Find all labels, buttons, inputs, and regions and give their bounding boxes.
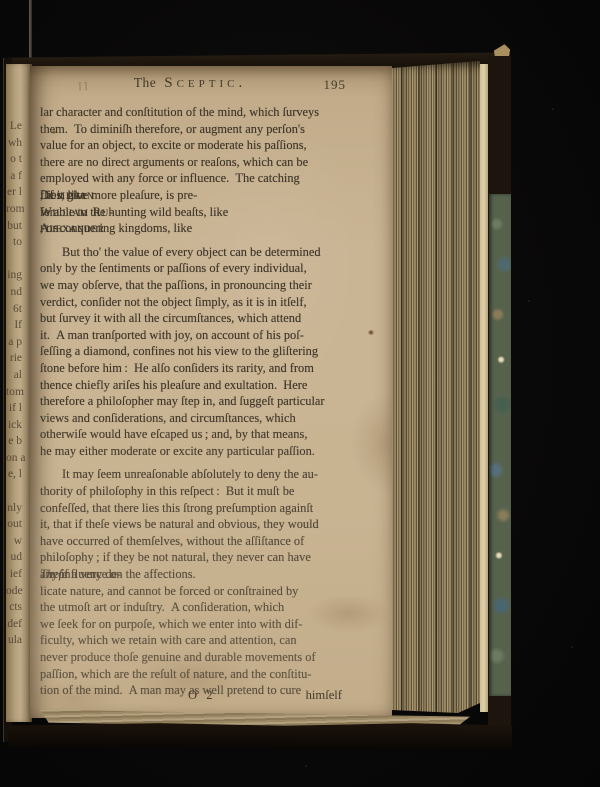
facing-page-text-fragments: Lewho ta fer lrombutto ingnd6tIfa prieal… — [6, 118, 26, 649]
text-segment: ſtone before him : He alſo conſiders its… — [40, 360, 314, 377]
text-segment: the utmoſt art or induſtry. A conſiderat… — [40, 599, 284, 616]
text-segment: therefore a philoſopher may ſtep in, and… — [40, 393, 325, 410]
facing-page-edge: Lewho ta fer lrombutto ingnd6tIfa prieal… — [6, 64, 32, 722]
paragraph: lar character and conſtitution of the mi… — [40, 104, 372, 237]
edge-text-fragment: rom — [6, 201, 22, 218]
catchword: himſelf — [306, 688, 342, 703]
text-line: ſeſſing a diamond, confines not his view… — [40, 343, 372, 360]
text-line: paſſion, which are the reſult of nature,… — [40, 666, 372, 683]
text-line: any influence on the affections. Theſe a… — [40, 566, 372, 583]
text-segment: , if it give more pleaſure, is pre- — [40, 187, 197, 204]
text-line: confeſſed, that there lies this ſtrong p… — [40, 500, 372, 517]
edge-text-fragment: a p — [6, 334, 22, 351]
text-line: verdict, conſider not the object ſimply,… — [40, 294, 372, 311]
text-line: ferable to the hunting wild beaſts, like… — [40, 204, 372, 221]
cradle-wire — [29, 0, 32, 66]
text-line: thence chiefly ariſes his pleaſure and e… — [40, 377, 372, 394]
edge-text-fragment: ief — [6, 566, 22, 583]
text-line: it, that if theſe views be natural and o… — [40, 516, 372, 533]
edge-text-fragment: rie — [6, 350, 22, 367]
edge-text-fragment: 6t — [6, 301, 22, 318]
text-line: But tho' the value of every object can b… — [40, 244, 372, 261]
bleed-through-mark: II — [78, 79, 91, 94]
photo-background: Lewho ta fer lrombutto ingnd6tIfa prieal… — [0, 0, 600, 787]
text-segment: it, that if theſe views be natural and o… — [40, 516, 319, 533]
text-block: lar character and conſtitution of the mi… — [40, 104, 372, 706]
edge-text-fragment: out — [6, 516, 22, 533]
text-line: flies, like Domitian, if it give more pl… — [40, 187, 372, 204]
text-line: licate nature, and cannot be forced or c… — [40, 583, 372, 600]
edge-text-fragment: but — [6, 218, 22, 235]
outer-leaf-edge — [480, 64, 488, 712]
text-segment: verdict, conſider not the object ſimply,… — [40, 294, 307, 311]
text-line: only by the ſentiments or paſſions of ev… — [40, 260, 372, 277]
page-footer: O 2 himſelf — [40, 688, 372, 704]
text-segment: he may either moderate or excite any par… — [40, 443, 315, 460]
edge-text-fragment — [6, 251, 22, 268]
edge-text-fragment: er l — [6, 184, 22, 201]
small-caps-name: William Ru- — [40, 204, 114, 221]
text-segment: thority of philoſophy in this reſpect : … — [40, 483, 294, 500]
paragraph: It may ſeem unreaſonable abſolutely to d… — [40, 466, 372, 698]
edge-text-fragment: if l — [6, 400, 22, 417]
text-segment: employed with any force or influence. Th… — [40, 170, 300, 187]
edge-text-fragment: al — [6, 367, 22, 384]
text-segment: ſeſſing a diamond, confines not his view… — [40, 343, 318, 360]
running-title: TheSceptic. — [90, 75, 290, 92]
text-line: never produce thoſe genuine and durable … — [40, 649, 372, 666]
text-segment: it. A man tranſported with joy, on accou… — [40, 327, 304, 344]
text-line: have occurred of themſelves, without the… — [40, 533, 372, 550]
text-line: he may either moderate or excite any par… — [40, 443, 372, 460]
text-line: It may ſeem unreaſonable abſolutely to d… — [40, 466, 372, 483]
text-line: therefore a philoſopher may ſtep in, and… — [40, 393, 372, 410]
edge-text-fragment: nly — [6, 500, 22, 517]
page-number: 195 — [324, 77, 347, 93]
edge-text-fragment: tom — [6, 384, 22, 401]
dust-speck — [305, 765, 307, 767]
text-segment: are of a very de- — [40, 566, 121, 583]
text-line: there are no direct arguments or reaſons… — [40, 154, 372, 171]
text-segment: value for an object, to excite or modera… — [40, 137, 307, 154]
edge-text-fragment: nd — [6, 284, 22, 301]
text-segment: ficulty, which we retain with care and a… — [40, 632, 297, 649]
text-segment: confeſſed, that there lies this ſtrong p… — [40, 500, 313, 517]
text-segment: views and conſiderations, and circumſtan… — [40, 410, 296, 427]
text-segment: we ſeek for on purpoſe, which we enter i… — [40, 616, 303, 633]
text-line: lar character and conſtitution of the mi… — [40, 104, 372, 121]
marbled-endpaper — [489, 194, 511, 696]
edge-text-fragment: on a — [6, 450, 22, 467]
book-page: II TheSceptic. 195 lar character and con… — [30, 66, 392, 718]
text-line: views and conſiderations, and circumſtan… — [40, 410, 372, 427]
edge-text-fragment: w — [6, 533, 22, 550]
text-line: ficulty, which we retain with care and a… — [40, 632, 372, 649]
edge-text-fragment: ick — [6, 417, 22, 434]
text-line: otherwiſe would have eſcaped us ; and, b… — [40, 426, 372, 443]
text-segment: otherwiſe would have eſcaped us ; and, b… — [40, 426, 307, 443]
edge-text-fragment: ode — [6, 583, 22, 600]
text-line: it. A man tranſported with joy, on accou… — [40, 327, 372, 344]
dust-speck — [528, 300, 530, 302]
edge-text-fragment: ula — [6, 632, 22, 649]
edge-text-fragment: e, l — [6, 466, 22, 483]
text-line: fus, or conquering kingdoms, like Alexan… — [40, 220, 372, 237]
text-segment: philoſophy ; if they be not natural, the… — [40, 549, 311, 566]
text-segment: them. To diminiſh therefore, or augment … — [40, 121, 305, 138]
text-line: thority of philoſophy in this reſpect : … — [40, 483, 372, 500]
text-segment: thence chiefly ariſes his pleaſure and e… — [40, 377, 307, 394]
edge-text-fragment: def — [6, 616, 22, 633]
text-line: ſtone before him : He alſo conſiders its… — [40, 360, 372, 377]
text-line: we ſeek for on purpoſe, which we enter i… — [40, 616, 372, 633]
edge-text-fragment: wh — [6, 135, 22, 152]
text-segment: we may obſerve, that the paſſions, in pr… — [40, 277, 312, 294]
running-title-word: Sceptic. — [164, 75, 246, 91]
text-segment: never produce thoſe genuine and durable … — [40, 649, 316, 666]
right-cover — [488, 56, 512, 742]
edge-text-fragment: e b — [6, 433, 22, 450]
text-line: we may obſerve, that the paſſions, in pr… — [40, 277, 372, 294]
small-caps-name: Alexander — [40, 220, 105, 237]
text-line: the utmoſt art or induſtry. A conſiderat… — [40, 599, 372, 616]
edge-text-fragment: o t — [6, 151, 22, 168]
text-line: philoſophy ; if they be not natural, the… — [40, 549, 372, 566]
running-title-the: The — [134, 75, 157, 90]
edge-text-fragment: ing — [6, 267, 22, 284]
text-line: them. To diminiſh therefore, or augment … — [40, 121, 372, 138]
edge-text-fragment: to — [6, 234, 22, 251]
text-segment: only by the ſentiments or paſſions of ev… — [40, 260, 307, 277]
text-segment: licate nature, and cannot be forced or c… — [40, 583, 298, 600]
signature-mark: O 2 — [188, 688, 216, 703]
edge-text-fragment: If — [6, 317, 22, 334]
edge-text-fragment — [6, 483, 22, 500]
text-line: employed with any force or influence. Th… — [40, 170, 372, 187]
dust-speck — [552, 108, 554, 110]
ink-spot — [52, 130, 56, 134]
ink-spot — [368, 330, 374, 335]
text-segment: lar character and conſtitution of the mi… — [40, 104, 319, 121]
edge-text-fragment: Le — [6, 118, 22, 135]
text-segment: . — [40, 220, 43, 237]
text-line: but ſurvey it with all the circumſtances… — [40, 310, 372, 327]
dust-speck — [571, 646, 573, 648]
fore-edge-pages — [392, 61, 480, 713]
text-segment: there are no direct arguments or reaſons… — [40, 154, 308, 171]
edge-text-fragment: a f — [6, 168, 22, 185]
text-segment: But tho' the value of every object can b… — [51, 244, 321, 261]
edge-text-fragment: ud — [6, 549, 22, 566]
text-segment: It may ſeem unreaſonable abſolutely to d… — [51, 466, 318, 483]
paragraph: But tho' the value of every object can b… — [40, 244, 372, 460]
text-segment: but ſurvey it with all the circumſtances… — [40, 310, 301, 327]
text-segment: paſſion, which are the reſult of nature,… — [40, 666, 311, 683]
text-segment: have occurred of themſelves, without the… — [40, 533, 304, 550]
text-line: value for an object, to excite or modera… — [40, 137, 372, 154]
edge-text-fragment: cts — [6, 599, 22, 616]
